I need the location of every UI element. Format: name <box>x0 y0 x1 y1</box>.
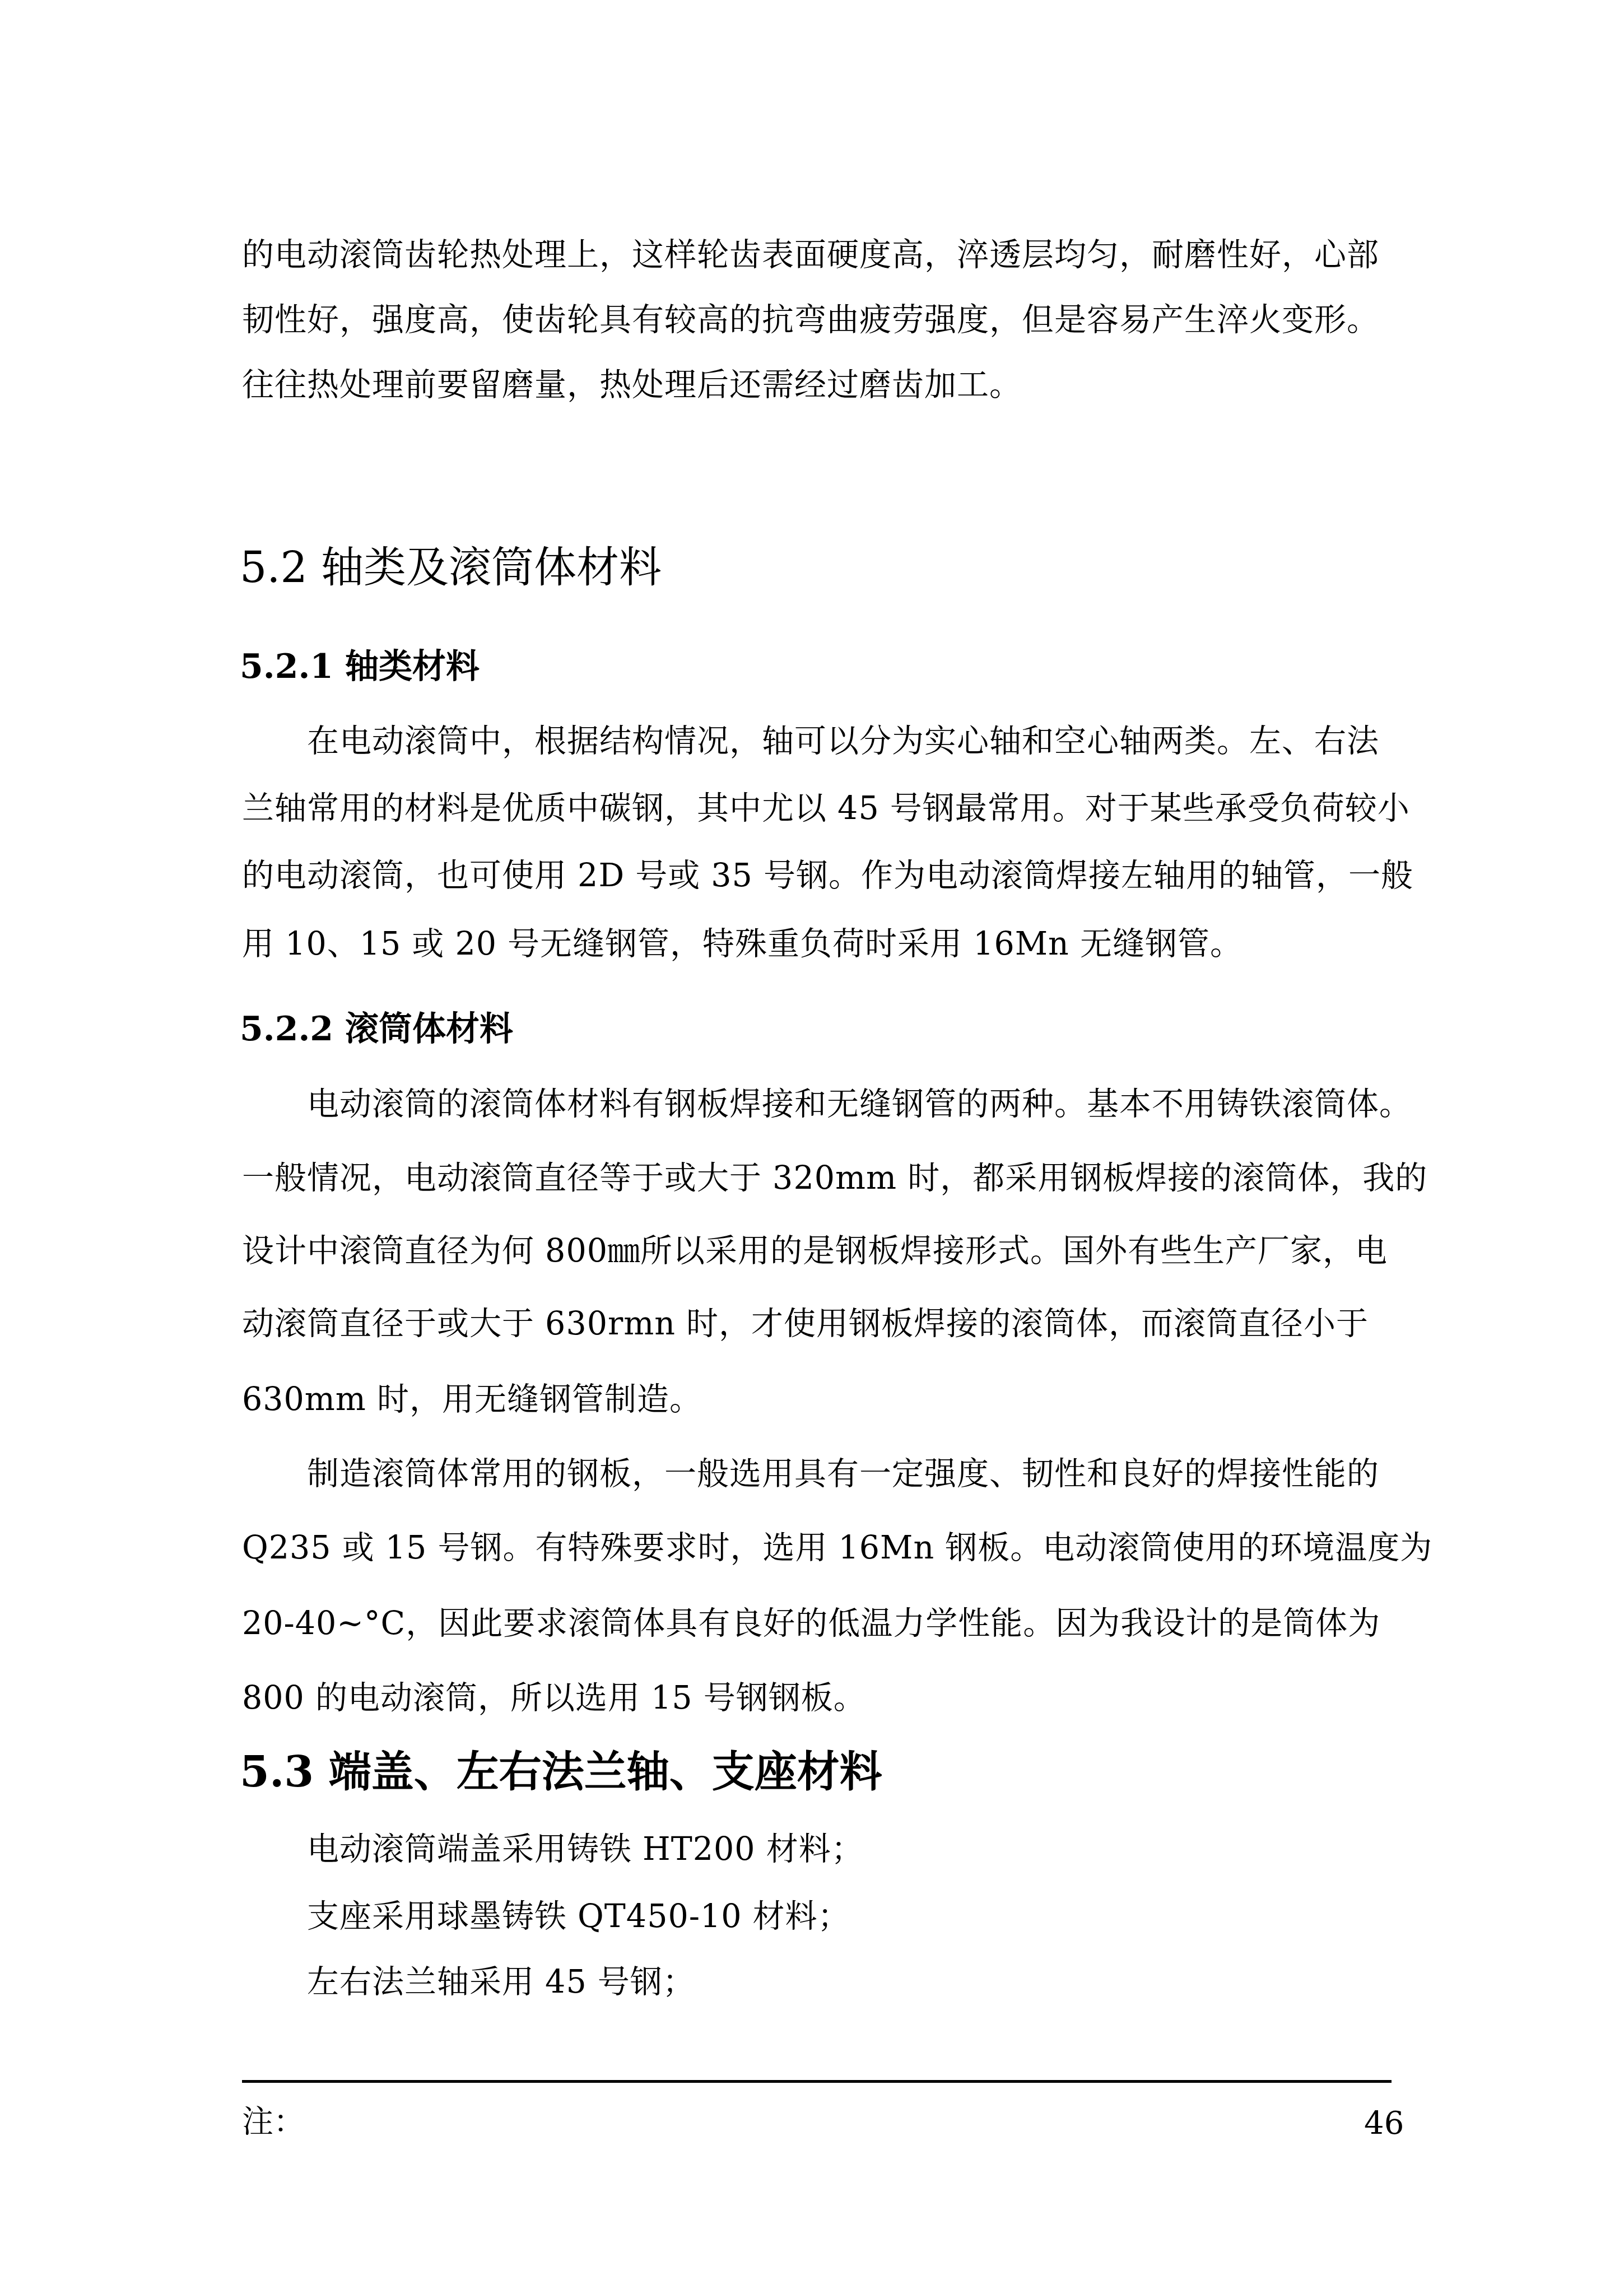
paragraph-line: 的电动滚筒齿轮热处理上，这样轮齿表面硬度高，淬透层均匀，耐磨性好，心部 <box>242 236 1379 273</box>
paragraph-line: 设计中滚筒直径为何 800㎜所以采用的是钢板焊接形式。国外有些生产厂家，电 <box>242 1232 1379 1269</box>
paragraph-line: 在电动滚筒中，根据结构情况，轴可以分为实心轴和空心轴两类。左、右法 <box>307 723 1444 760</box>
list-item: 支座采用球墨铸铁 QT450-10 材料； <box>307 1898 1444 1935</box>
document-page: 的电动滚筒齿轮热处理上，这样轮齿表面硬度高，淬透层均匀，耐磨性好，心部 韧性好，… <box>0 0 1624 2294</box>
subsection-heading-5-2-2: 5.2.2 滚筒体材料 <box>240 1009 513 1049</box>
list-item: 电动滚筒端盖采用铸铁 HT200 材料； <box>307 1831 1444 1868</box>
paragraph-line: 韧性好，强度高，使齿轮具有较高的抗弯曲疲劳强度，但是容易产生淬火变形。 <box>242 301 1379 338</box>
paragraph-line: 20-40~°C，因此要求滚筒体具有良好的低温力学性能。因为我设计的是筒体为 <box>242 1605 1379 1642</box>
page-number: 46 <box>1364 2105 1404 2142</box>
list-item: 左右法兰轴采用 45 号钢； <box>307 1963 1444 2000</box>
paragraph-line: 动滚筒直径于或大于 630rmn 时，才使用钢板焊接的滚筒体，而滚筒直径小于 <box>242 1305 1379 1342</box>
paragraph-line: 用 10、15 或 20 号无缝钢管，特殊重负荷时采用 16Mn 无缝钢管。 <box>242 925 1379 962</box>
paragraph-line: 兰轴常用的材料是优质中碳钢，其中尤以 45 号钢最常用。对于某些承受负荷较小 <box>242 790 1379 827</box>
section-heading-5-3: 5.3 端盖、左右法兰轴、支座材料 <box>240 1748 882 1796</box>
paragraph-line: Q235 或 15 号钢。有特殊要求时，选用 16Mn 钢板。电动滚筒使用的环境… <box>242 1529 1379 1566</box>
paragraph-line: 往往热处理前要留磨量，热处理后还需经过磨齿加工。 <box>242 366 1379 403</box>
paragraph-line: 800 的电动滚筒，所以选用 15 号钢钢板。 <box>242 1679 1379 1716</box>
paragraph-line: 电动滚筒的滚筒体材料有钢板焊接和无缝钢管的两种。基本不用铸铁滚筒体。 <box>307 1086 1444 1123</box>
footer-divider <box>242 2080 1392 2083</box>
paragraph-line: 一般情况，电动滚筒直径等于或大于 320mm 时，都采用钢板焊接的滚筒体，我的 <box>242 1160 1379 1197</box>
paragraph-line: 制造滚筒体常用的钢板，一般选用具有一定强度、韧性和良好的焊接性能的 <box>307 1455 1444 1492</box>
subsection-heading-5-2-1: 5.2.1 轴类材料 <box>240 647 480 686</box>
section-heading-5-2: 5.2 轴类及滚筒体材料 <box>240 543 662 592</box>
paragraph-line: 630mm 时，用无缝钢管制造。 <box>242 1381 1379 1418</box>
paragraph-line: 的电动滚筒，也可使用 2D 号或 35 号钢。作为电动滚筒焊接左轴用的轴管，一般 <box>242 857 1379 894</box>
footer-note-label: 注： <box>242 2104 305 2141</box>
